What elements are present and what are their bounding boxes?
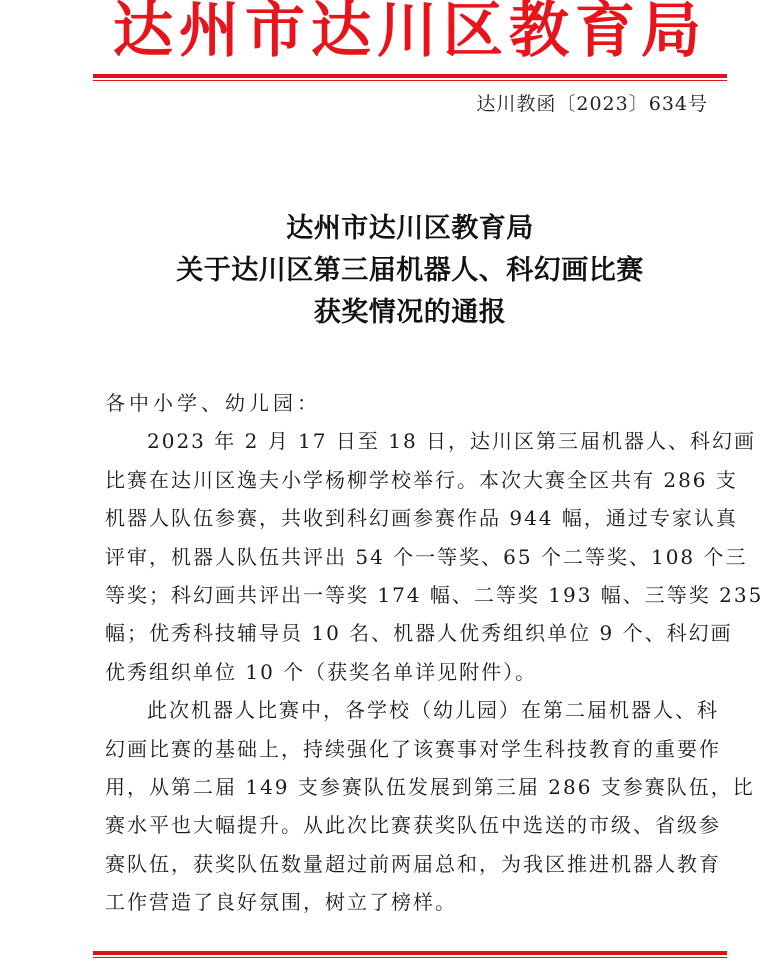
paragraph-line: 工作营造了良好氛围，树立了榜样。 bbox=[105, 883, 715, 921]
document-number: 达川教函〔2023〕634号 bbox=[476, 90, 708, 118]
paragraph-line: 评审，机器人队伍共评出 54 个一等奖、65 个二等奖、108 个三 bbox=[105, 538, 715, 576]
paragraph-2: 此次机器人比赛中，各学校（幼儿园）在第二届机器人、科 幻画比赛的基础上，持续强化… bbox=[105, 691, 715, 921]
title-line-1: 达州市达川区教育局 bbox=[93, 208, 727, 250]
salutation: 各中小学、幼儿园： bbox=[105, 384, 715, 422]
paragraph-line: 优秀组织单位 10 个（获奖名单详见附件）。 bbox=[105, 653, 715, 691]
paragraph-line: 2023 年 2 月 17 日至 18 日，达川区第三届机器人、科幻画 bbox=[105, 422, 715, 460]
paragraph-line: 幻画比赛的基础上，持续强化了该赛事对学生科技教育的重要作 bbox=[105, 730, 715, 768]
paragraph-line: 用，从第二届 149 支参赛队伍发展到第三届 286 支参赛队伍，比 bbox=[105, 768, 715, 806]
divider-thin-line bbox=[93, 80, 727, 81]
agency-letterhead-title: 达州市达川区教育局 bbox=[93, 0, 727, 62]
paragraph-line: 比赛在达川区逸夫小学杨柳学校举行。本次大赛全区共有 286 支 bbox=[105, 461, 715, 499]
paragraph-line: 幅；优秀科技辅导员 10 名、机器人优秀组织单位 9 个、科幻画 bbox=[105, 614, 715, 652]
paragraph-1: 2023 年 2 月 17 日至 18 日，达川区第三届机器人、科幻画 比赛在达… bbox=[105, 422, 715, 691]
letterhead-divider-top bbox=[93, 74, 727, 81]
paragraph-line: 赛水平也大幅提升。从此次比赛获奖队伍中选送的市级、省级参 bbox=[105, 806, 715, 844]
divider-thin-line bbox=[93, 957, 727, 958]
paragraph-line: 机器人队伍参赛，共收到科幻画参赛作品 944 幅，通过专家认真 bbox=[105, 499, 715, 537]
document-title: 达州市达川区教育局 关于达川区第三届机器人、科幻画比赛 获奖情况的通报 bbox=[93, 208, 727, 334]
title-line-3: 获奖情况的通报 bbox=[93, 292, 727, 334]
paragraph-line: 此次机器人比赛中，各学校（幼儿园）在第二届机器人、科 bbox=[105, 691, 715, 729]
paragraph-line: 等奖；科幻画共评出一等奖 174 幅、二等奖 193 幅、三等奖 235 bbox=[105, 576, 715, 614]
document-body: 各中小学、幼儿园： 2023 年 2 月 17 日至 18 日，达川区第三届机器… bbox=[105, 384, 715, 922]
footer-divider bbox=[93, 951, 727, 958]
title-line-2: 关于达川区第三届机器人、科幻画比赛 bbox=[93, 250, 727, 292]
paragraph-line: 赛队伍，获奖队伍数量超过前两届总和，为我区推进机器人教育 bbox=[105, 845, 715, 883]
